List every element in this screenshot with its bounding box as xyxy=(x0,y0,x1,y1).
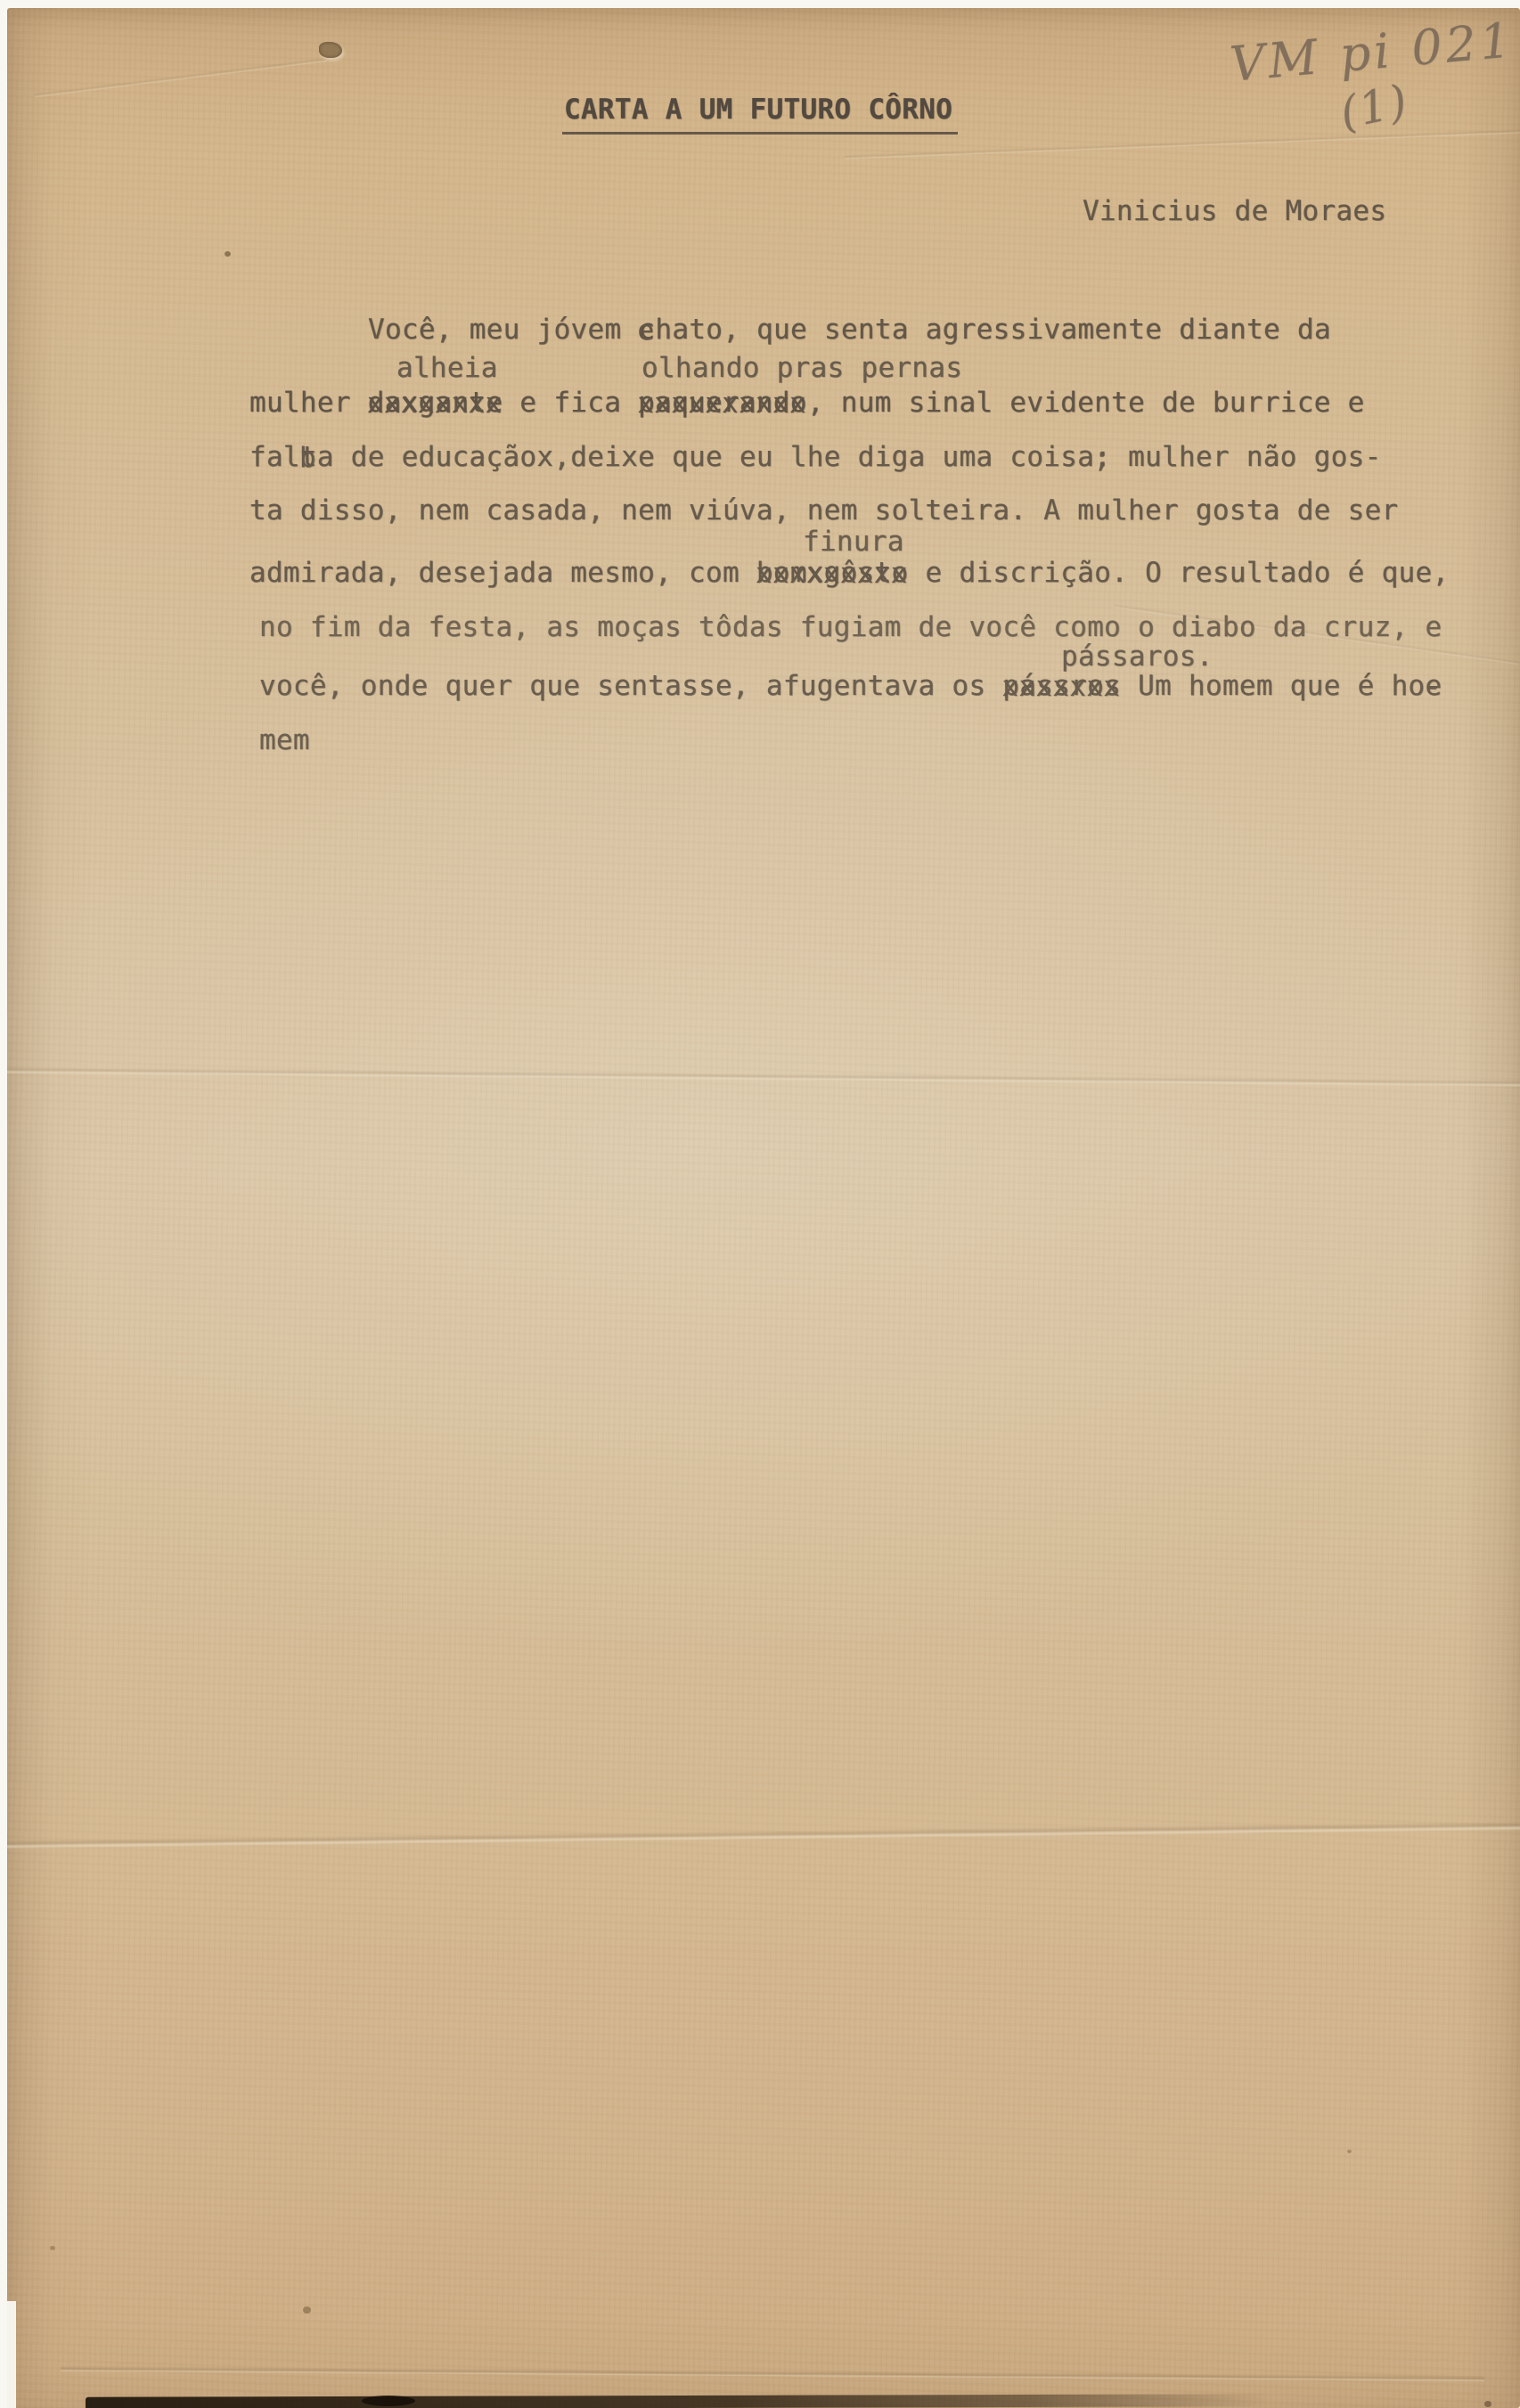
paper-stain xyxy=(1484,2401,1491,2407)
typed-over-text: t xyxy=(300,442,317,474)
fold-crease xyxy=(7,1067,1520,1088)
typed-line-8: mem xyxy=(259,725,310,757)
typed-line-5: admirada, desejada mesmo, com bomxgôsto … xyxy=(249,558,1449,590)
scan-background: VM pi 021 (1) CARTA A UM FUTURO CÔRNO Vi… xyxy=(0,0,1520,2408)
interlinear-insert-finura: finura xyxy=(803,526,904,559)
typed-line-1: Você, meu jóvem chato, que senta agressi… xyxy=(368,314,1331,347)
author-name: Vinicius de Moraes xyxy=(1083,196,1386,228)
scan-corner-gap xyxy=(7,2301,16,2408)
bottom-edge-shadow xyxy=(362,2396,415,2406)
typed-over-text: e xyxy=(1426,671,1442,703)
fold-crease xyxy=(7,1822,1520,1849)
typed-line-2: mulher daxgante e fica paquerando, num s… xyxy=(249,388,1365,420)
typed-line-4: ta disso, nem casada, nem viúva, nem sol… xyxy=(249,495,1399,527)
typed-over-text: daxgante xyxy=(368,388,503,420)
paper-stain xyxy=(50,2246,55,2250)
fold-crease xyxy=(61,2365,1484,2381)
paper-stain xyxy=(225,251,231,257)
paper-stain xyxy=(303,2306,311,2314)
interlinear-insert-olhando: olhando pras pernas xyxy=(642,353,962,385)
pencil-page-number: (1) xyxy=(1336,75,1413,140)
paper-tear-notch xyxy=(319,42,342,58)
document-title: CARTA A UM FUTURO CÔRNO xyxy=(562,94,958,135)
typed-over-text: pássros xyxy=(1002,671,1121,703)
typed-over-text: bomxgôsto xyxy=(756,558,909,590)
typed-line-3: falta de educaçãox,deixe que eu lhe diga… xyxy=(249,442,1382,474)
interlinear-insert-passaros: pássaros. xyxy=(1061,641,1214,673)
interlinear-insert-alheia: alheia xyxy=(396,353,498,385)
fold-crease xyxy=(35,57,327,98)
typed-over-text: paquerando xyxy=(638,388,807,420)
typed-over-text: c xyxy=(638,314,655,347)
paper-stain xyxy=(1347,2150,1352,2153)
bottom-edge-shadow xyxy=(86,2394,1271,2408)
paper-sheet: VM pi 021 (1) CARTA A UM FUTURO CÔRNO Vi… xyxy=(7,8,1520,2408)
typed-line-7: você, onde quer que sentasse, afugentava… xyxy=(259,671,1442,703)
typed-over-text: : xyxy=(1094,442,1111,474)
typed-line-6: no fim da festa, as moças tôdas fugiam d… xyxy=(259,612,1442,644)
